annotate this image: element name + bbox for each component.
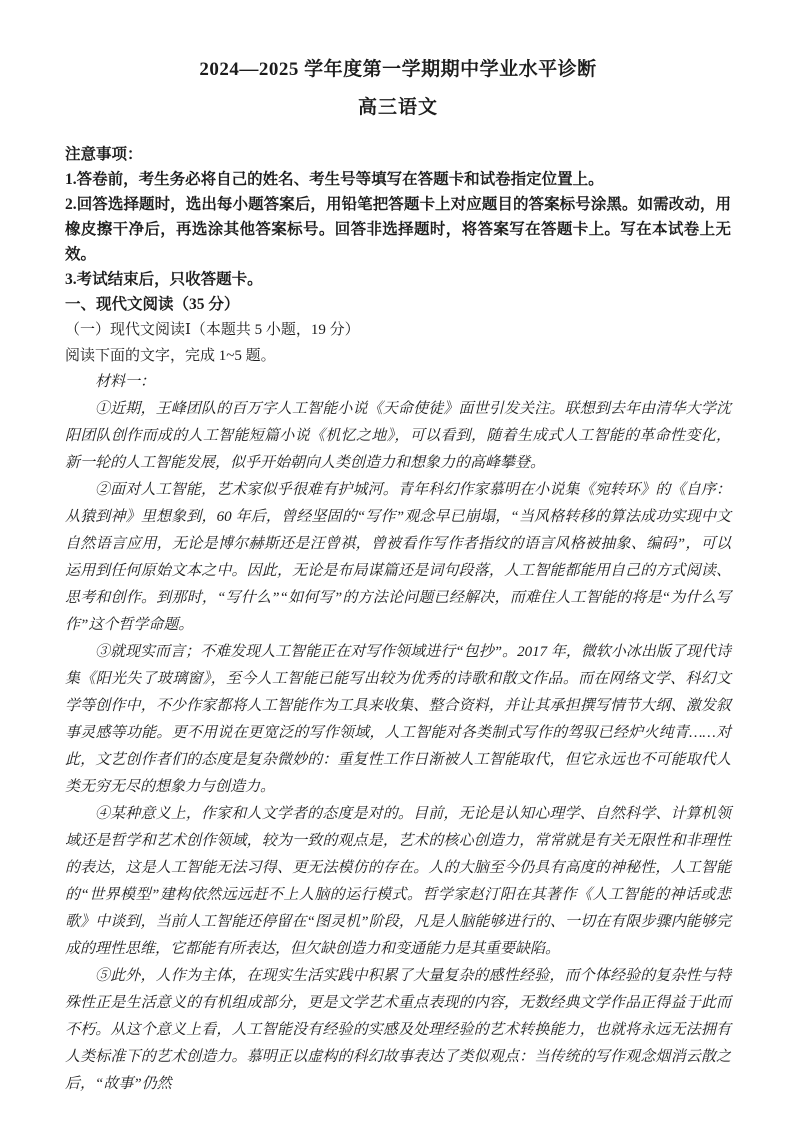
exam-title: 2024—2025 学年度第一学期期中学业水平诊断: [65, 58, 731, 82]
passage-paragraph-4: ④某种意义上，作家和人文学者的态度是对的。目前，无论是认知心理学、自然科学、计算…: [65, 801, 731, 963]
notice-item-2: 2.回答选择题时，选出每小题答案后，用铅笔把答题卡上对应题目的答案标号涂黑。如需…: [65, 192, 731, 267]
notice-block: 注意事项： 1.答卷前，考生务必将自己的姓名、考生号等填写在答题卡和试卷指定位置…: [65, 142, 731, 292]
passage-paragraph-5: ⑤此外，人作为主体，在现实生活实践中积累了大量复杂的感性经验，而个体经验的复杂性…: [65, 963, 731, 1098]
material-label: 材料一：: [65, 369, 731, 396]
subsection-heading-reading-1: （一）现代文阅读Ⅰ（本题共 5 小题，19 分）: [65, 317, 731, 343]
section-heading-modern-reading: 一、现代文阅读（35 分）: [65, 292, 731, 317]
passage-paragraph-2: ②面对人工智能，艺术家似乎很难有护城河。青年科幻作家慕明在小说集《宛转环》的《自…: [65, 477, 731, 639]
notice-item-3: 3.考试结束后，只收答题卡。: [65, 267, 731, 292]
exam-subtitle: 高三语文: [65, 96, 731, 120]
reading-instruction: 阅读下面的文字，完成 1~5 题。: [65, 343, 731, 369]
passage-material-1: 材料一： ①近期，王峰团队的百万字人工智能小说《天命使徒》面世引发关注。联想到去…: [65, 369, 731, 1098]
passage-paragraph-1: ①近期，王峰团队的百万字人工智能小说《天命使徒》面世引发关注。联想到去年由清华大…: [65, 396, 731, 477]
notice-heading: 注意事项：: [65, 142, 731, 167]
exam-page: 2024—2025 学年度第一学期期中学业水平诊断 高三语文 注意事项： 1.答…: [65, 58, 731, 1098]
passage-paragraph-3: ③就现实而言；不难发现人工智能正在对写作领域进行“包抄”。2017 年，微软小冰…: [65, 639, 731, 801]
notice-item-1: 1.答卷前，考生务必将自己的姓名、考生号等填写在答题卡和试卷指定位置上。: [65, 167, 731, 192]
